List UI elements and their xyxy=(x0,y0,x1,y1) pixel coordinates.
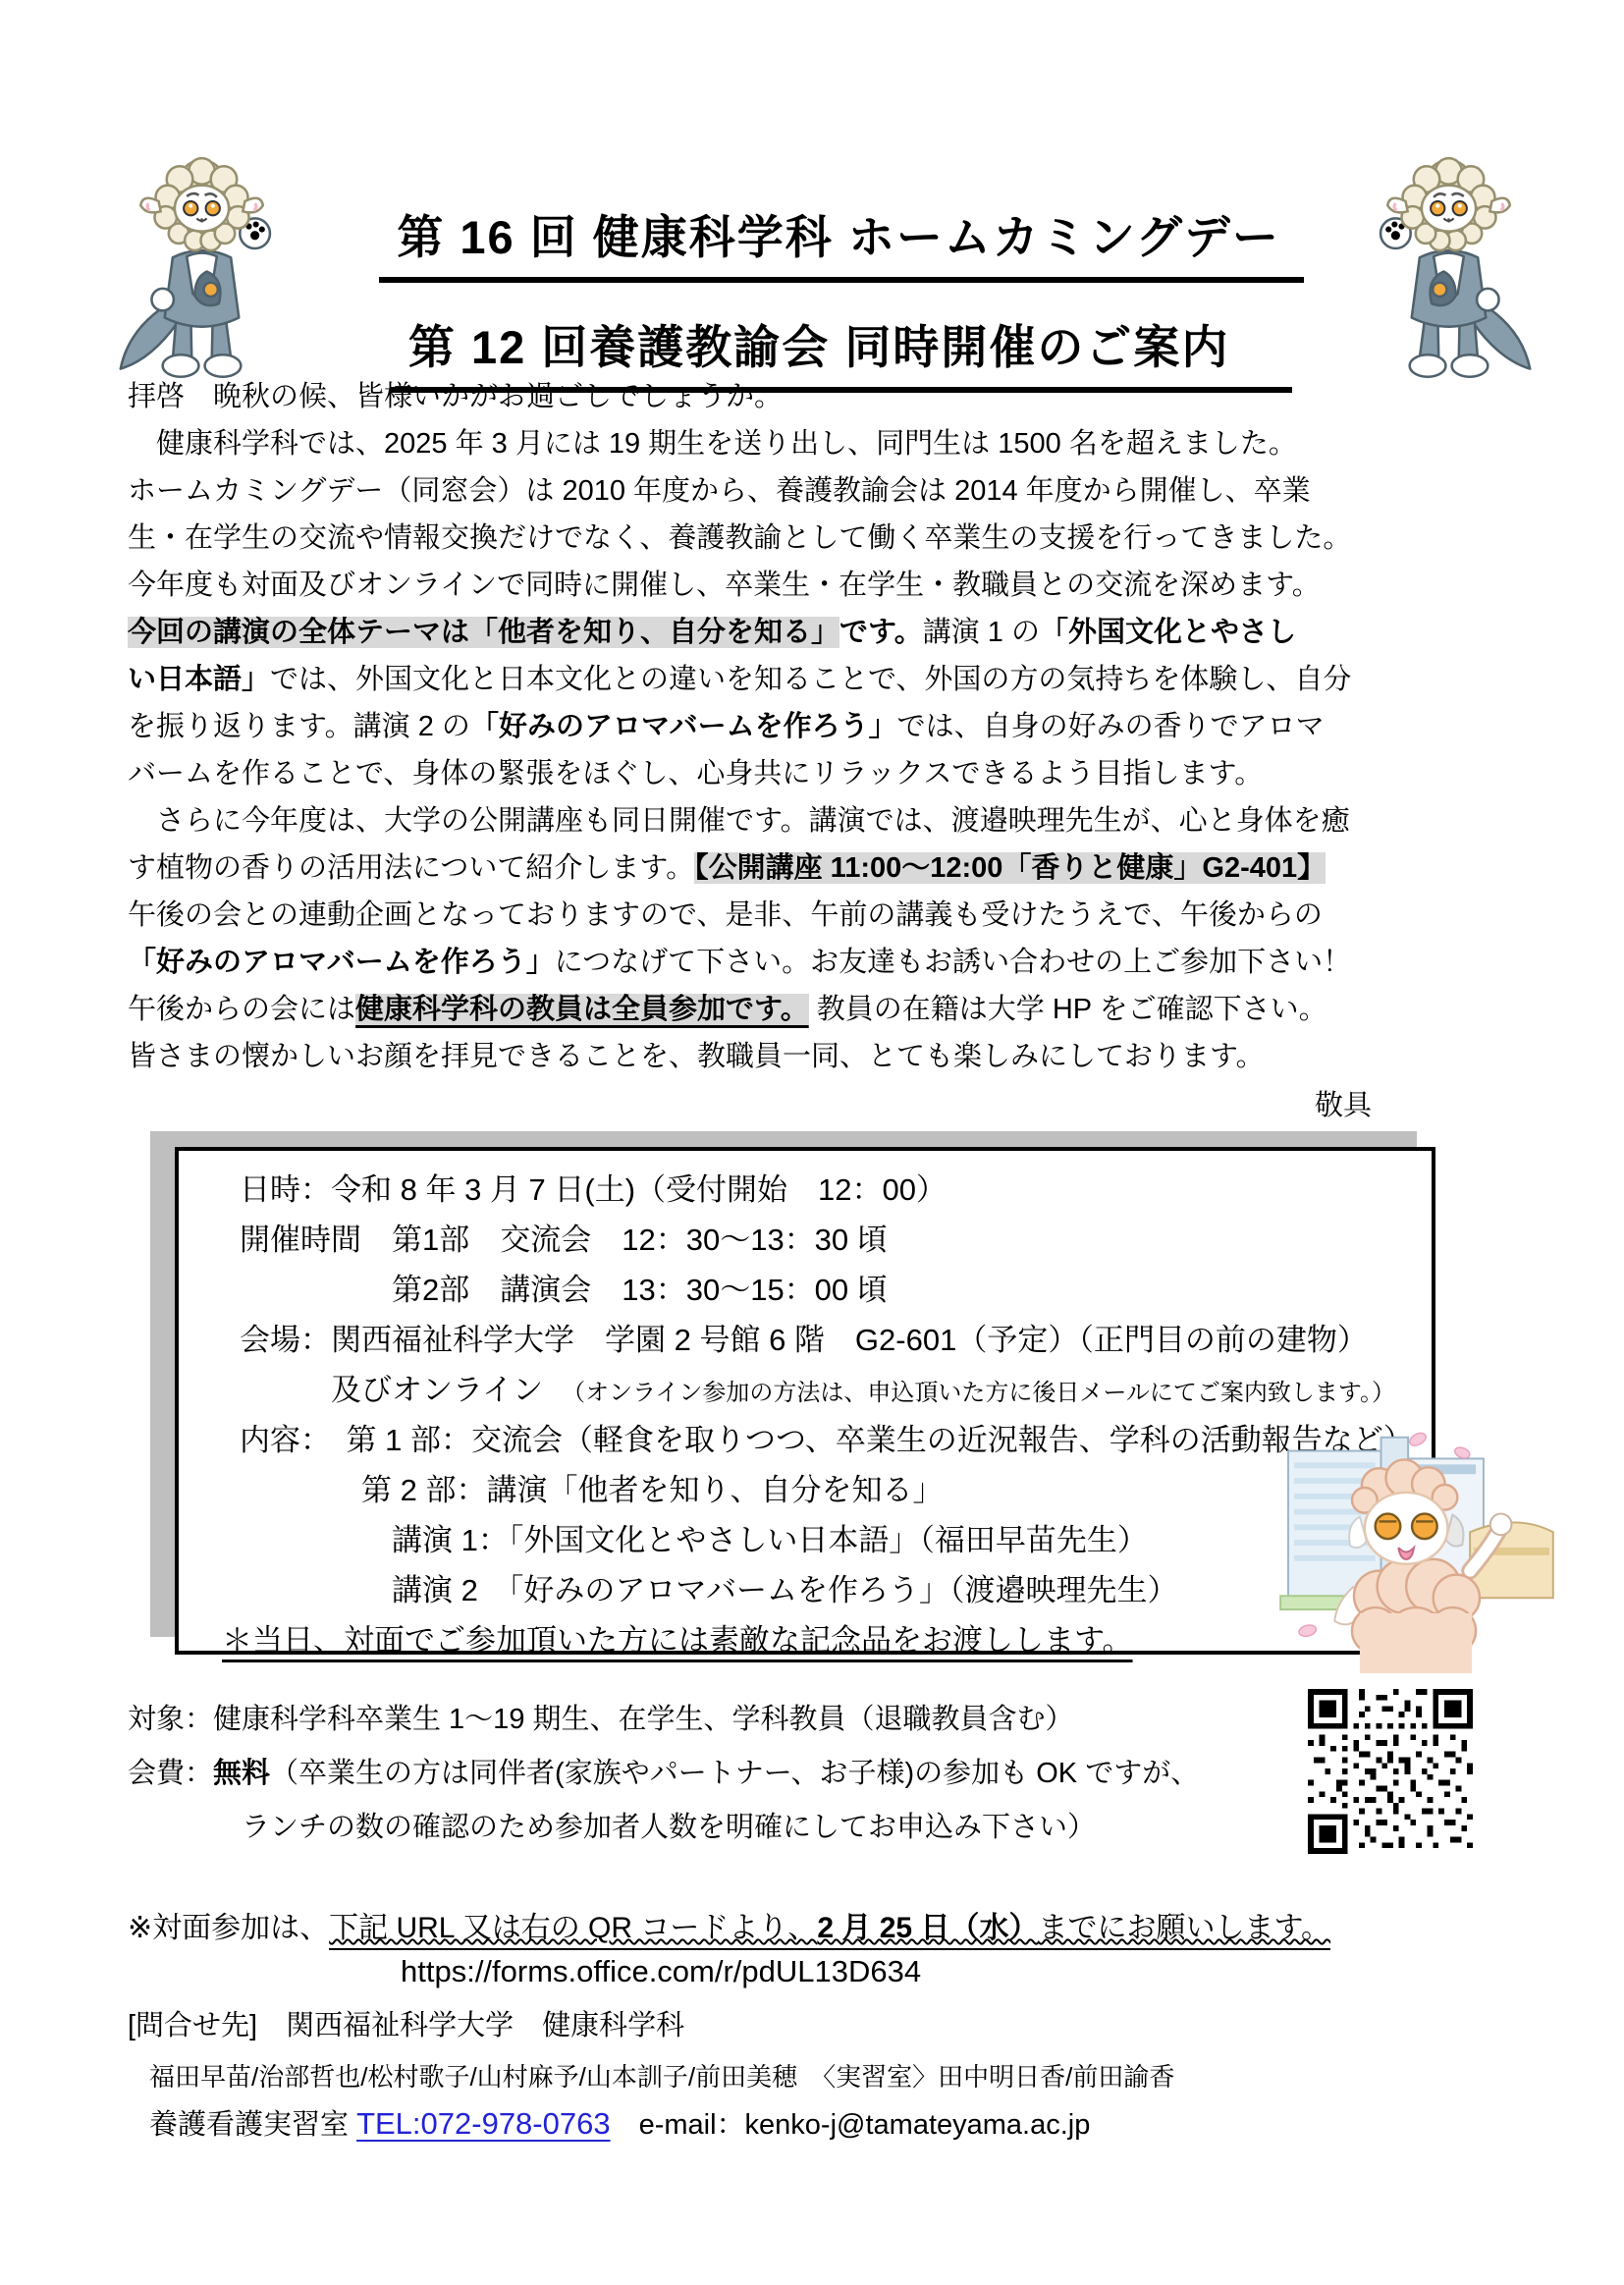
box-line-lecture1: 講演 1：「外国文化とやさしい日本語」（福田早苗先生） xyxy=(240,1515,1422,1565)
text-run: （オンライン参加の方法は、申込頂いた方に後日メールにてご案内致します。） xyxy=(573,1380,1395,1406)
body-line: 午後の会との連動企画となっておりますので、是非、午前の講義も受けたうえで、午後か… xyxy=(128,892,1504,939)
box-line-content1: 内容： 第 1 部：交流会（軽食を取りつつ、卒業生の近況報告、学科の活動報告など… xyxy=(240,1415,1422,1465)
body-line: 皆さまの懐かしいお顔を拝見できることを、教職員一同、とても楽しみにしております。 xyxy=(128,1033,1504,1080)
text-run: 下記 URL 又は右の QR コードより、 xyxy=(329,1912,817,1944)
open-lecture-highlight: 【公開講座 11:00～12:00「香りと健康」G2-401】 xyxy=(694,852,1326,884)
contact-lab-line: 養護看護実習室 TEL:072-978-0763 e-mail：kenko-j@… xyxy=(149,2099,1543,2149)
body-line: 「好みのアロマバームを作ろう」につなげて下さい。お友達もお誘い合わせの上ご参加下… xyxy=(128,939,1504,986)
text-run: までにお願いします。 xyxy=(1038,1912,1330,1944)
closing-word: 敬具 xyxy=(128,1082,1504,1129)
body-line: を振り返ります。講演 2 の「好みのアロマバームを作ろう」では、自身の好みの香り… xyxy=(128,703,1504,750)
body-line: 今年度も対面及びオンラインで同時に開催し、卒業生・在学生・教職員との交流を深めま… xyxy=(128,562,1504,609)
body-line: い日本語」では、外国文化と日本文化との違いを知ることで、外国の方の気持ちを体験し… xyxy=(128,656,1504,703)
text-run: です。 xyxy=(839,617,923,648)
contact-names: 福田早苗/治部哲也/松村歌子/山村麻予/山本訓子/前田美穂 〈実習室〉田中明日香… xyxy=(149,2052,1543,2101)
text-run: （卒業生の方は同伴者(家族やパートナー、お子様)の参加も OK ですが、 xyxy=(270,1758,1199,1789)
text-run: 講演 1 の xyxy=(923,617,1040,648)
text-run: す植物の香りの活用法について紹介します。 xyxy=(128,852,694,884)
fee-line-2: ランチの数の確認のため参加者人数を明確にしてお申込み下さい） xyxy=(128,1801,1306,1855)
apply-url: https://forms.office.com/r/pdUL13D634 xyxy=(401,1954,921,1989)
text-run: 及びオンライン xyxy=(240,1373,573,1407)
event-info-box: 日時：令和 8 年 3 月 7 日(土)（受付開始 12：00） 開催時間 第1… xyxy=(175,1147,1435,1655)
text-run: 「好みのアロマバームを作ろう」 xyxy=(128,947,555,978)
text-run: では、外国文化と日本文化との違いを知ることで、外国の方の気持ちを体験し、自分 xyxy=(270,664,1351,695)
body-line: 今回の講演の全体テーマは「他者を知り、自分を知る」です。講演 1 の「外国文化と… xyxy=(128,609,1504,656)
body-line: ホームカミングデー（同窓会）は 2010 年度から、養護教諭会は 2014 年度… xyxy=(128,467,1504,515)
theme-highlight: 今回の講演の全体テーマは「他者を知り、自分を知る」 xyxy=(128,617,839,648)
contact-heading: [問合せ先] 関西福祉科学大学 健康科学科 xyxy=(128,2001,1522,2050)
body-line: バームを作ることで、身体の緊張をほぐし、心身共にリラックスできるよう目指します。 xyxy=(128,750,1504,797)
deadline-date: 2 月 25 日（水） xyxy=(817,1912,1038,1944)
text-run: い日本語」 xyxy=(128,664,270,695)
souvenir-underline: ＊当日、対面でご参加頂いた方には素敵な記念品をお渡しします。 xyxy=(222,1623,1133,1658)
box-line-date: 日時：令和 8 年 3 月 7 日(土)（受付開始 12：00） xyxy=(240,1165,1422,1215)
wolf-sheep-mascot-mirrored-icon xyxy=(1353,153,1544,389)
body-line: さらに今年度は、大学の公開講座も同日開催です。講演では、渡邉映理先生が、心と身体… xyxy=(128,797,1504,844)
text-run: ※対面参加は、 xyxy=(128,1912,329,1944)
body-line: 健康科学科では、2025 年 3 月には 19 期生を送り出し、同門生は 150… xyxy=(128,420,1504,467)
qr-code xyxy=(1308,1689,1473,1854)
body-line: 生・在学生の交流や情報交換だけでなく、養護教諭として働く卒業生の支援を行ってきま… xyxy=(128,515,1504,562)
box-line-online: 及びオンライン （オンライン参加の方法は、申込頂いた方に後日メールにてご案内致し… xyxy=(240,1365,1422,1415)
text-run: 午後からの会には xyxy=(128,994,355,1025)
audience-line: 対象：健康科学科卒業生 1～19 期生、在学生、学科教員（退職教員含む） xyxy=(128,1693,1306,1747)
deadline-underlined: 下記 URL 又は右の QR コードより、2 月 25 日（水）までにお願いしま… xyxy=(329,1912,1330,1950)
flyer-page: 第 16 回 健康科学科 ホームカミングデー 第 12 回養護教諭会 同時開催の… xyxy=(0,0,1624,2285)
body-line: す植物の香りの活用法について紹介します。【公開講座 11:00～12:00「香り… xyxy=(128,844,1504,892)
box-line-venue: 会場：関西福祉科学大学 学園 2 号館 6 階 G2-601（予定）（正門目の前… xyxy=(240,1315,1422,1365)
text-run: 「好みのアロマバームを作ろう」 xyxy=(470,711,897,742)
text-run: では、自身の好みの香りでアロマ xyxy=(897,711,1325,742)
all-staff-highlight: 健康科学科の教員は全員参加です。 xyxy=(355,994,809,1025)
text-run: 教員の在籍は大学 HP をご確認下さい。 xyxy=(809,994,1327,1025)
fee-line: 会費：無料（卒業生の方は同伴者(家族やパートナー、お子様)の参加も OK ですが… xyxy=(128,1747,1306,1801)
text-run: 養護看護実習室 xyxy=(149,2109,356,2141)
fee-free-label: 無料 xyxy=(213,1758,270,1789)
body-line: 午後からの会には健康科学科の教員は全員参加です。 教員の在籍は大学 HP をご確… xyxy=(128,986,1504,1033)
wolf-sheep-mascot-icon xyxy=(106,153,298,389)
box-line-lecture2: 講演 2 「好みのアロマバームを作ろう」（渡邉映理先生） xyxy=(240,1565,1422,1615)
text-run: につなげて下さい。お友達もお誘い合わせの上ご参加下さい！ xyxy=(555,947,1351,978)
box-line-content2: 第 2 部：講演「他者を知り、自分を知る」 xyxy=(240,1465,1422,1515)
text-run: 「外国文化とやさし xyxy=(1040,617,1296,648)
apply-deadline-note: ※対面参加は、下記 URL 又は右の QR コードより、2 月 25 日（水）ま… xyxy=(128,1903,1522,1946)
tel-link[interactable]: TEL:072-978-0763 xyxy=(356,2106,611,2141)
box-line-time1: 開催時間 第1部 交流会 12：30～13：30 頃 xyxy=(240,1215,1422,1265)
text-run: 会費： xyxy=(128,1758,213,1789)
email-text: e-mail：kenko-j@tamateyama.ac.jp xyxy=(611,2109,1091,2141)
box-line-souvenir: ＊当日、対面でご参加頂いた方には素敵な記念品をお渡しします。 xyxy=(222,1615,1422,1665)
text-run: を振り返ります。講演 2 の xyxy=(128,711,470,742)
sheep-mascot-campus-icon xyxy=(1269,1424,1563,1675)
box-line-time2: 第2部 講演会 13：30～15：00 頃 xyxy=(240,1265,1422,1315)
body-line: 拝啓 晩秋の候、皆様いかがお過ごしでしょうか。 xyxy=(128,373,1504,420)
